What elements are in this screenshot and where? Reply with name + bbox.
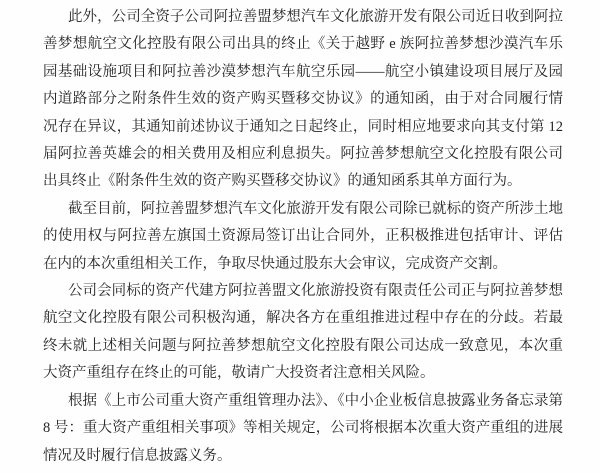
paragraph-termination-notice: 此外，公司全资子公司阿拉善盟梦想汽车文化旅游开发有限公司近日收到阿拉善梦想航空文… (43, 4, 563, 196)
announcement-document-page: 此外，公司全资子公司阿拉善盟梦想汽车文化旅游开发有限公司近日收到阿拉善梦想航空文… (0, 0, 600, 473)
paragraph-disclosure-obligation: 根据《上市公司重大资产重组管理办法》、《中小企业板信息披露业务备忘录第 8 号：… (43, 388, 563, 470)
paragraph-current-progress: 截至目前，阿拉善盟梦想汽车文化旅游开发有限公司除已就标的资产所涉土地的使用权与阿… (43, 196, 563, 278)
paragraph-negotiation-risk: 公司会同标的资产代建方阿拉善盟文化旅游投资有限责任公司正与阿拉善梦想航空文化控股… (43, 278, 563, 388)
